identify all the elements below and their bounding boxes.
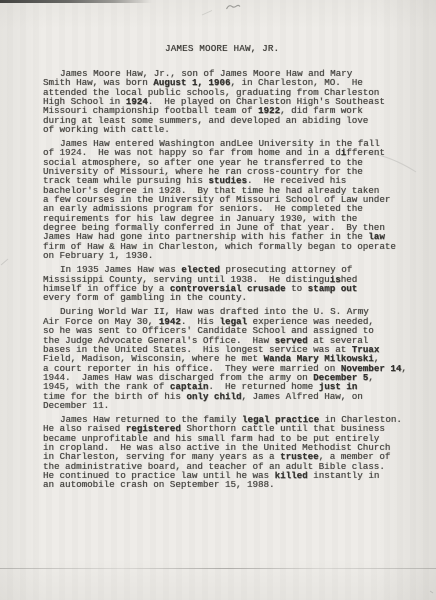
bottom-right-speck: [430, 591, 433, 593]
scanned-document-page: JAMES MOORE HAW, JR. James Moore Haw, Jr…: [0, 0, 436, 600]
document-title: JAMES MOORE HAW, JR.: [165, 44, 423, 53]
paragraph: James Haw returned to the family legal p…: [43, 415, 423, 490]
text-line: on February 1, 1930.: [43, 251, 423, 260]
paragraph: James Haw entered Washington andLee Univ…: [43, 139, 423, 260]
scan-edge-artifact: [0, 0, 152, 3]
paragraph: James Moore Haw, Jr., son of James Moore…: [43, 69, 423, 134]
paragraphs-container: James Moore Haw, Jr., son of James Moore…: [43, 69, 423, 490]
left-edge-tick-mark: [1, 259, 8, 265]
fold-line-artifact: [0, 568, 436, 569]
typewritten-text-block: JAMES MOORE HAW, JR. James Moore Haw, Jr…: [43, 44, 423, 495]
text-line: every form of gambling in the county.: [43, 293, 423, 302]
text-line: an automobile crash on September 15, 198…: [43, 480, 423, 489]
paragraph: In 1935 James Haw was elected prosecutin…: [43, 265, 423, 302]
text-line: December 11.: [43, 401, 423, 410]
text-line: of working with cattle.: [43, 125, 423, 134]
pencil-squiggle-mark: [227, 5, 241, 9]
faint-diagonal-mark: [202, 11, 212, 16]
paragraph: During World War II, Haw was drafted int…: [43, 307, 423, 410]
